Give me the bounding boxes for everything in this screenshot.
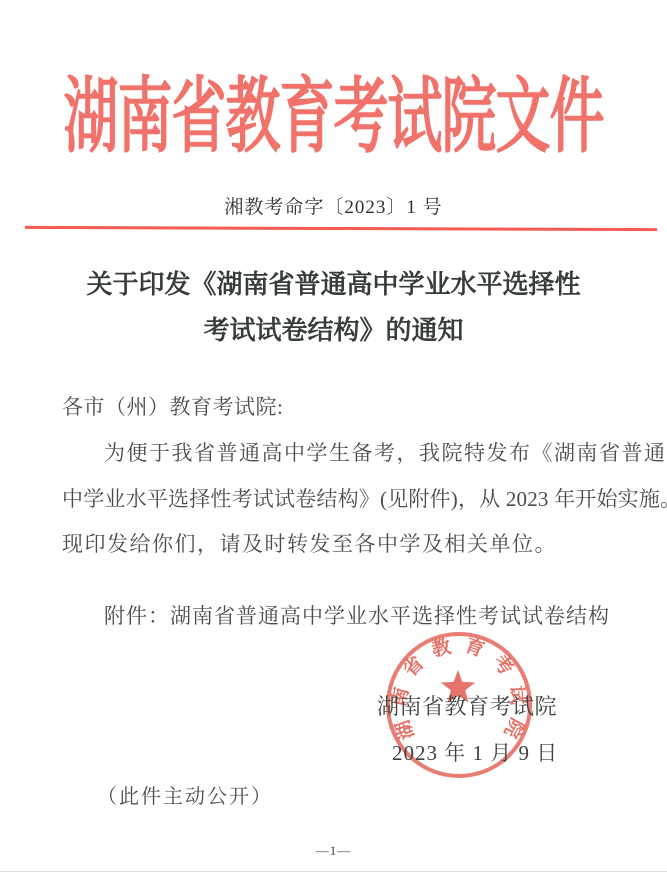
issuer-signature: 湖南省教育考试院 [377,690,557,721]
salutation: 各市（州）教育考试院: [62,391,283,421]
issue-date: 2023 年 1 月 9 日 [392,737,558,767]
attachment-line: 附件：湖南省普通高中学业水平选择性考试试卷结构 [104,600,610,630]
red-divider-line [25,226,657,231]
document-page: 湖南省教育考试院文件 湘教考命字〔2023〕1 号 关于印发《湖南省普通高中学业… [0,0,667,872]
page-number: —1— [0,843,667,859]
body-paragraph-line: 中学业水平选择性考试试卷结构》(见附件)，从 2023 年开始实施。 [62,483,667,513]
body-paragraph-line: 现印发给你们，请及时转发至各中学及相关单位。 [62,528,557,558]
body-paragraph-line: 为便于我省普通高中学生备考，我院特发布《湖南省普通高 [104,437,667,467]
notice-title-line1: 关于印发《湖南省普通高中学业水平选择性 [0,262,667,308]
public-disclosure-note: （此件主动公开） [97,780,273,809]
notice-title: 关于印发《湖南省普通高中学业水平选择性 考试试卷结构》的通知 [0,262,667,354]
red-header-title: 湖南省教育考试院文件 [0,50,667,169]
document-number: 湘教考命字〔2023〕1 号 [0,192,667,219]
notice-title-line2: 考试试卷结构》的通知 [0,308,667,354]
